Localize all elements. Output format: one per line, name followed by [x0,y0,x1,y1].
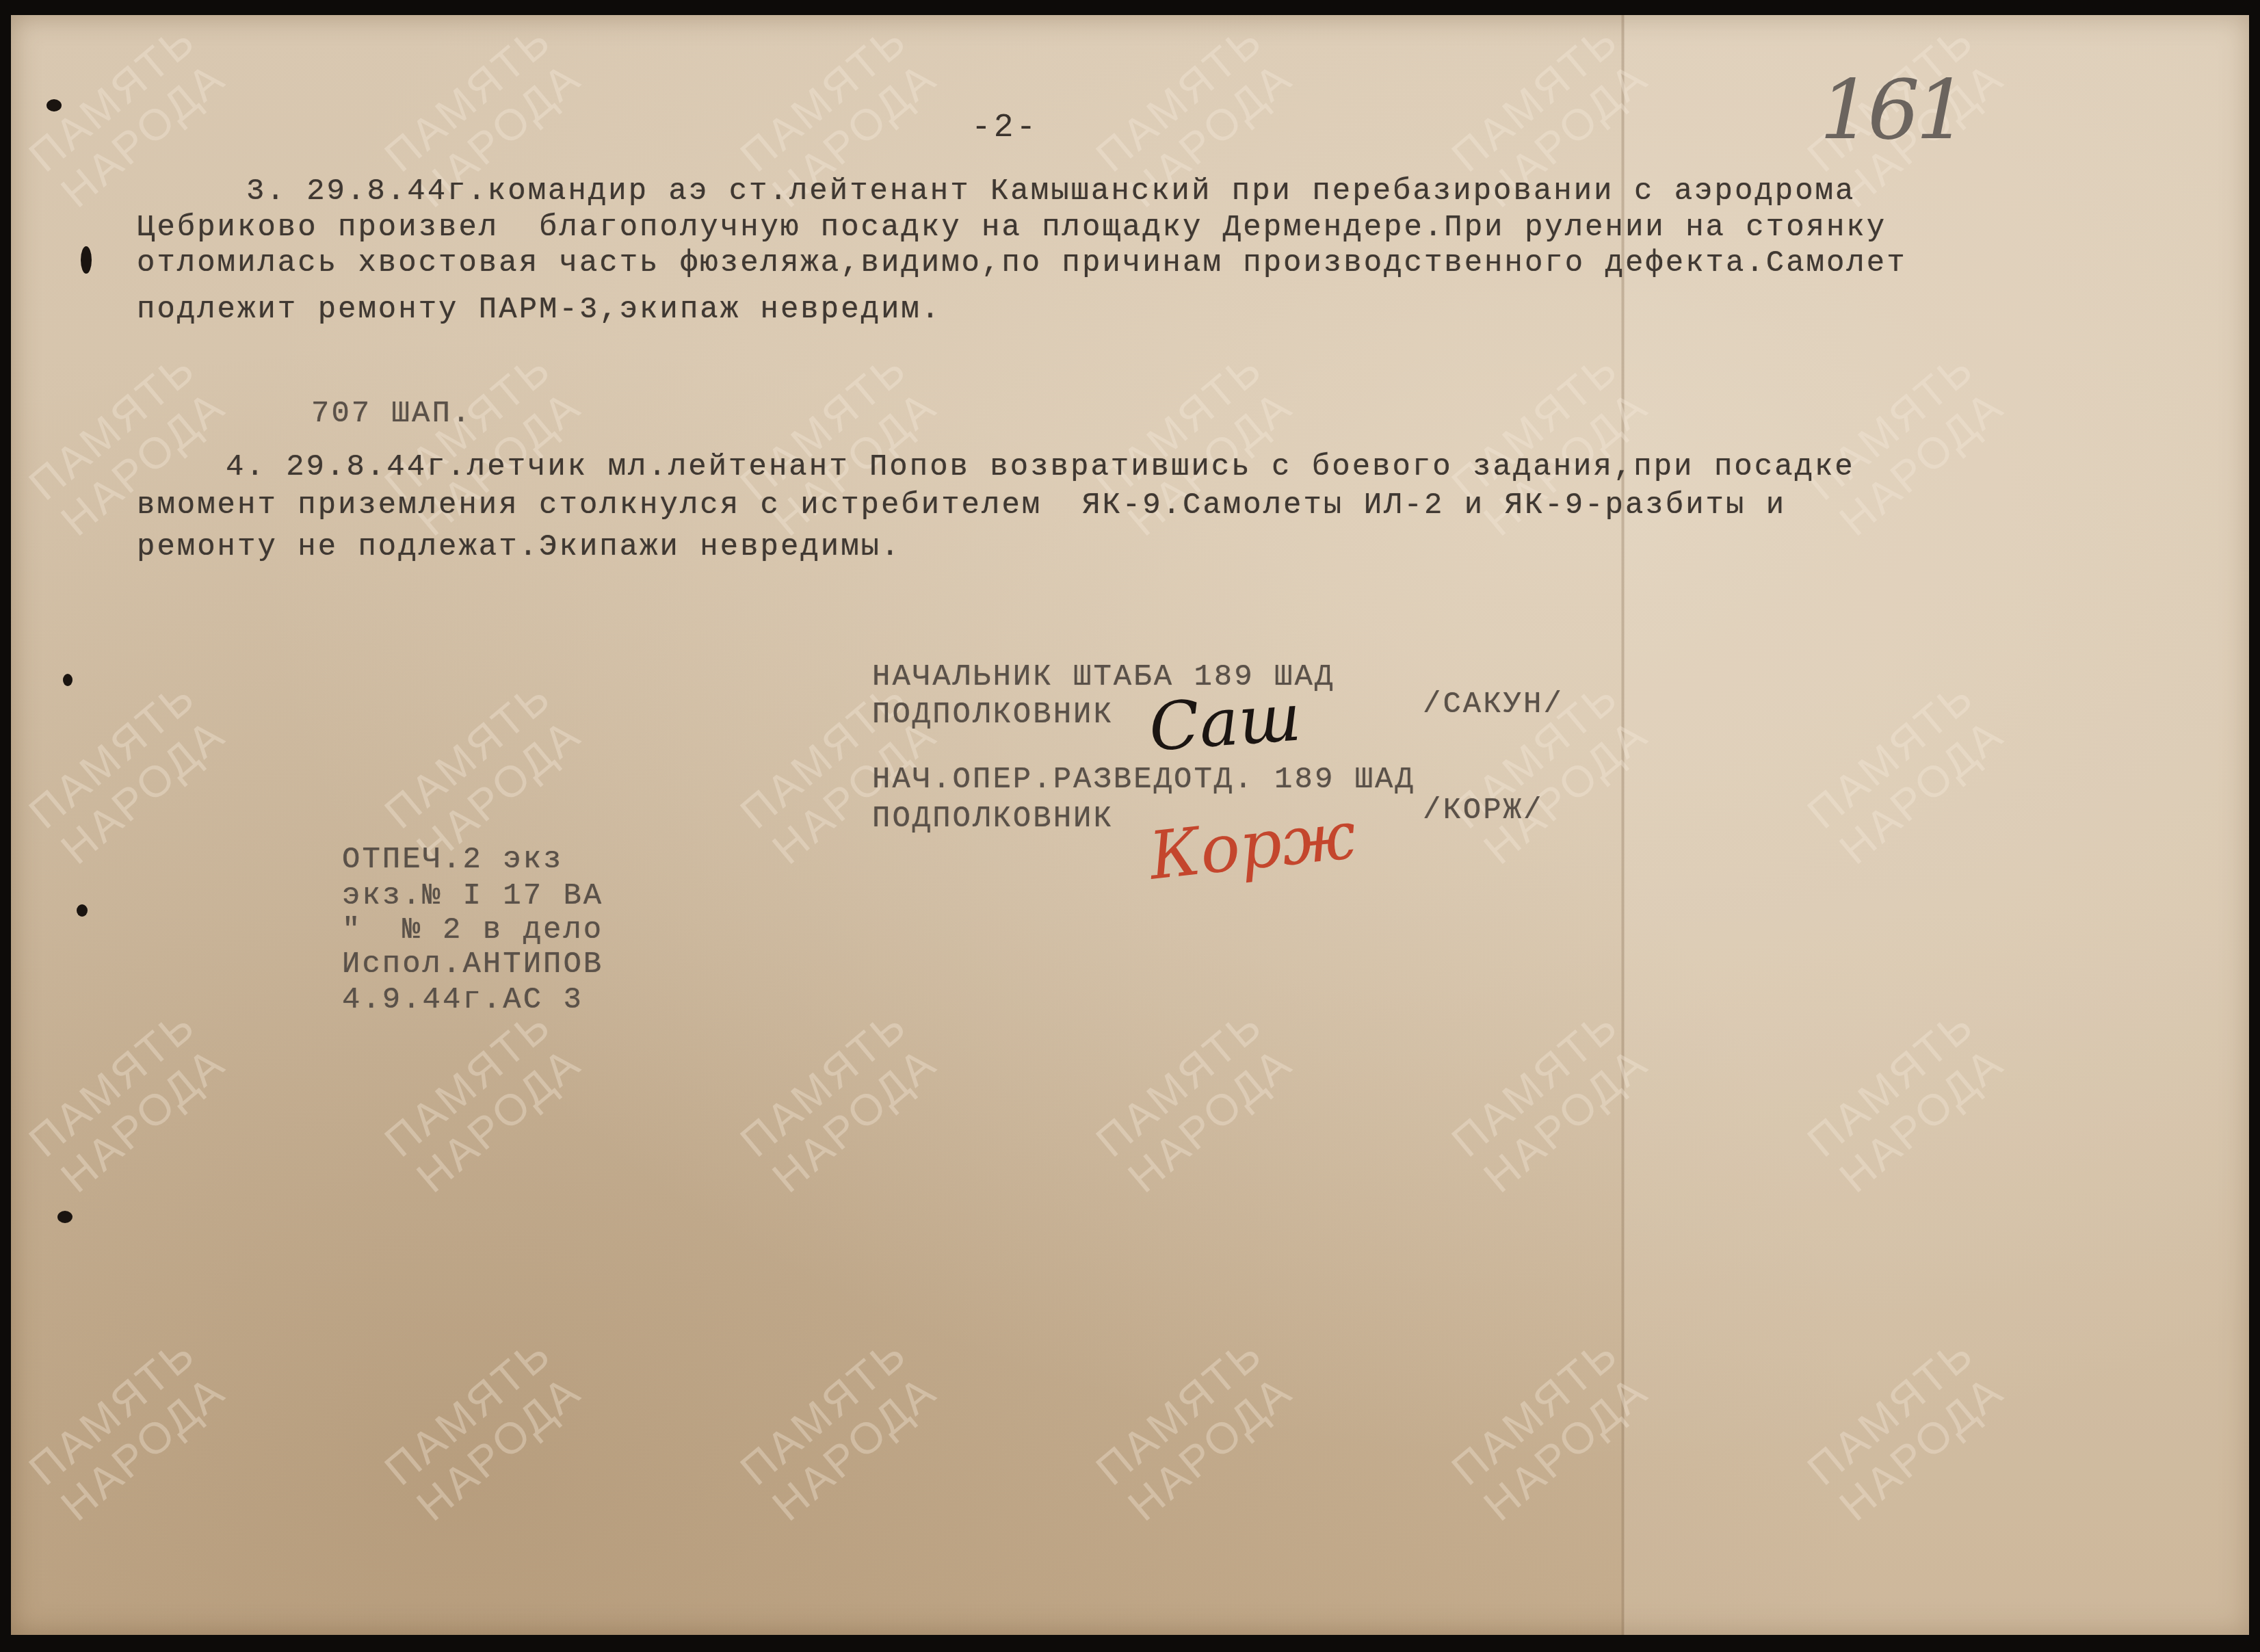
page-marker: -2- [971,109,1038,146]
signature-2-name: /КОРЖ/ [1423,794,1543,828]
signature-2-rank: ПОДПОЛКОВНИК [872,802,1114,836]
paragraph-3-line: Цебриково произвел благополучную посадку… [137,211,1887,245]
punch-hole [57,1211,73,1223]
archive-sheet-number: 161 [1819,63,1964,158]
handwritten-signature-black: Саш [1146,679,1303,765]
distribution-line: 4.9.44г.АС 3 [342,983,583,1017]
paragraph-4-line: ремонту не подлежат.Экипажи невредимы. [137,530,901,564]
paragraph-4-line: 4. 29.8.44г.летчик мл.лейтенант Попов во… [226,450,1855,484]
paragraph-3-line: отломилась хвостовая часть фюзеляжа,види… [137,246,1907,280]
punch-hole [81,246,92,274]
distribution-line: " № 2 в дело [342,913,603,947]
distribution-line: экз.№ I 17 ВА [342,879,603,913]
unit-heading: 707 ШАП. [311,397,472,431]
signature-1-name: /САКУН/ [1423,687,1564,722]
paragraph-3-line: 3. 29.8.44г.командир аэ ст.лейтенант Кам… [246,174,1855,209]
distribution-line: Испол.АНТИПОВ [342,947,603,982]
paragraph-4-line: вмомент приземления столкнулся с истреби… [137,488,1786,523]
distribution-line: ОТПЕЧ.2 экз [342,843,563,877]
punch-hole [47,99,62,112]
signature-2-title: НАЧ.ОПЕР.РАЗВЕДОТД. 189 ШАД [872,763,1415,797]
punch-hole [77,904,88,917]
paragraph-3-line: подлежит ремонту ПАРМ-3,экипаж невредим. [137,293,941,327]
punch-hole [63,674,73,686]
signature-1-rank: ПОДПОЛКОВНИК [872,698,1114,732]
